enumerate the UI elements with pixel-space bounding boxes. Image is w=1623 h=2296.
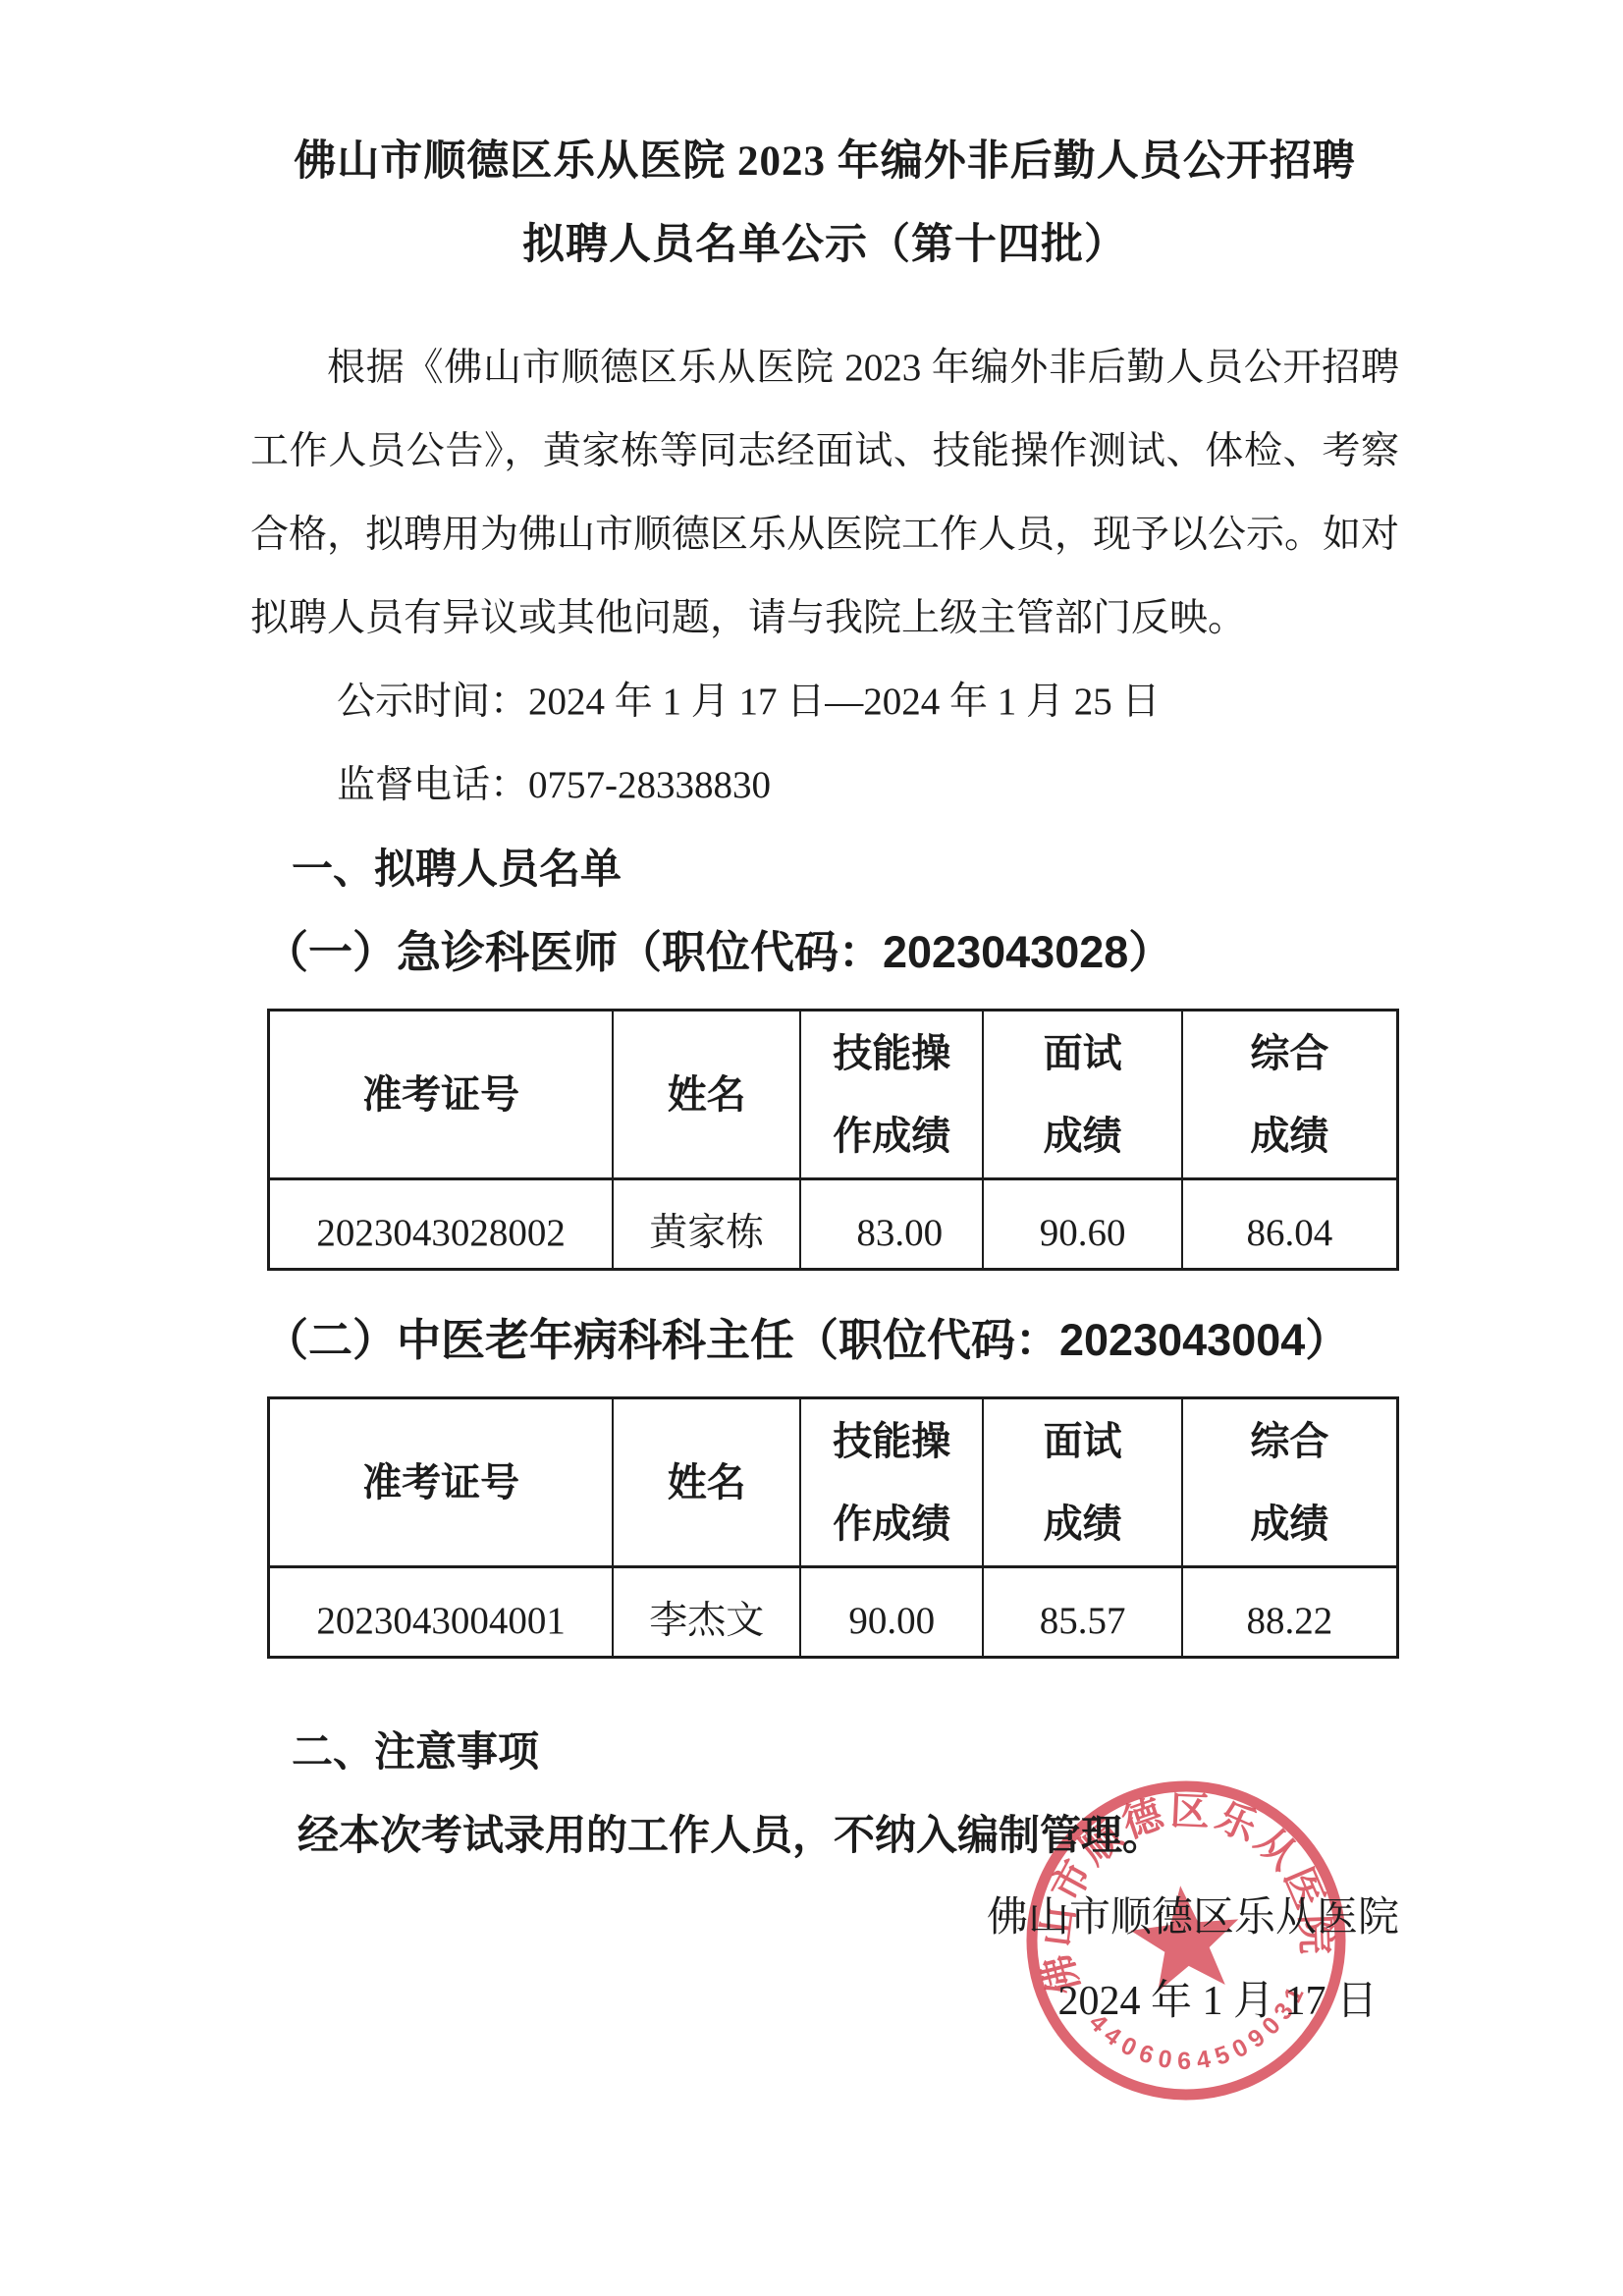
col-header-skill-score: 技能操 作成绩: [800, 1398, 983, 1567]
table-1-header-row: 准考证号 姓名 技能操 作成绩 面试 成绩 综合 成绩: [269, 1011, 1398, 1179]
col-header-overall-score: 综合 成绩: [1182, 1011, 1398, 1179]
cell-skill-score: 90.00: [800, 1567, 983, 1658]
col-header-overall-score: 综合 成绩: [1182, 1398, 1398, 1567]
col-header-name: 姓名: [613, 1011, 800, 1179]
table-row: 2023043004001 李杰文 90.00 85.57 88.22: [269, 1567, 1398, 1658]
signature-org: 佛山市顺德区乐从医院: [250, 1877, 1399, 1960]
title-line-1: 佛山市顺德区乐从医院 2023 年编外非后勤人员公开招聘: [250, 120, 1399, 203]
signature-date: 2024 年 1 月 17 日: [250, 1960, 1399, 2044]
table-row: 2023043028002 黄家栋 83.00 90.60 86.04: [269, 1179, 1398, 1270]
cell-exam-number: 2023043028002: [269, 1179, 614, 1270]
cell-exam-number: 2023043004001: [269, 1567, 614, 1658]
cell-skill-score: 83.00: [800, 1179, 983, 1270]
document-title: 佛山市顺德区乐从医院 2023 年编外非后勤人员公开招聘 拟聘人员名单公示（第十…: [250, 120, 1399, 287]
col-header-name: 姓名: [613, 1398, 800, 1567]
notes-sentence: 经本次考试录用的工作人员，不纳入编制管理。: [250, 1793, 1399, 1877]
position-2-heading: （二）中医老年病科科主任（职位代码：2023043004）: [250, 1298, 1399, 1383]
cell-overall-score: 86.04: [1182, 1179, 1398, 1270]
section-2-heading: 二、注意事项: [250, 1710, 1399, 1793]
cell-overall-score: 88.22: [1182, 1567, 1398, 1658]
cell-name: 黄家栋: [613, 1179, 800, 1270]
col-header-exam-number: 准考证号: [269, 1398, 614, 1567]
col-header-interview-score: 面试 成绩: [983, 1011, 1181, 1179]
score-table-1: 准考证号 姓名 技能操 作成绩 面试 成绩 综合 成绩 202304302800…: [267, 1009, 1399, 1271]
section-1-heading: 一、拟聘人员名单: [250, 827, 1399, 910]
table-2-header-row: 准考证号 姓名 技能操 作成绩 面试 成绩 综合 成绩: [269, 1398, 1398, 1567]
cell-interview-score: 85.57: [983, 1567, 1181, 1658]
score-table-2: 准考证号 姓名 技能操 作成绩 面试 成绩 综合 成绩 202304300400…: [267, 1396, 1399, 1659]
document-page: 佛山市顺德区乐从医院 4406064509031 佛山市顺德区乐从医院 2023…: [0, 0, 1623, 2296]
cell-interview-score: 90.60: [983, 1179, 1181, 1270]
title-line-2: 拟聘人员名单公示（第十四批）: [250, 203, 1399, 287]
cell-name: 李杰文: [613, 1567, 800, 1658]
col-header-interview-score: 面试 成绩: [983, 1398, 1181, 1567]
position-1-heading: （一）急诊科医师（职位代码：2023043028）: [250, 910, 1399, 995]
publicity-period-line: 公示时间：2024 年 1 月 17 日—2024 年 1 月 25 日: [250, 660, 1399, 743]
intro-paragraph: 根据《佛山市顺德区乐从医院 2023 年编外非后勤人员公开招聘工作人员公告》，黄…: [250, 326, 1399, 660]
col-header-exam-number: 准考证号: [269, 1011, 614, 1179]
col-header-skill-score: 技能操 作成绩: [800, 1011, 983, 1179]
supervision-phone-line: 监督电话：0757-28338830: [250, 743, 1399, 827]
